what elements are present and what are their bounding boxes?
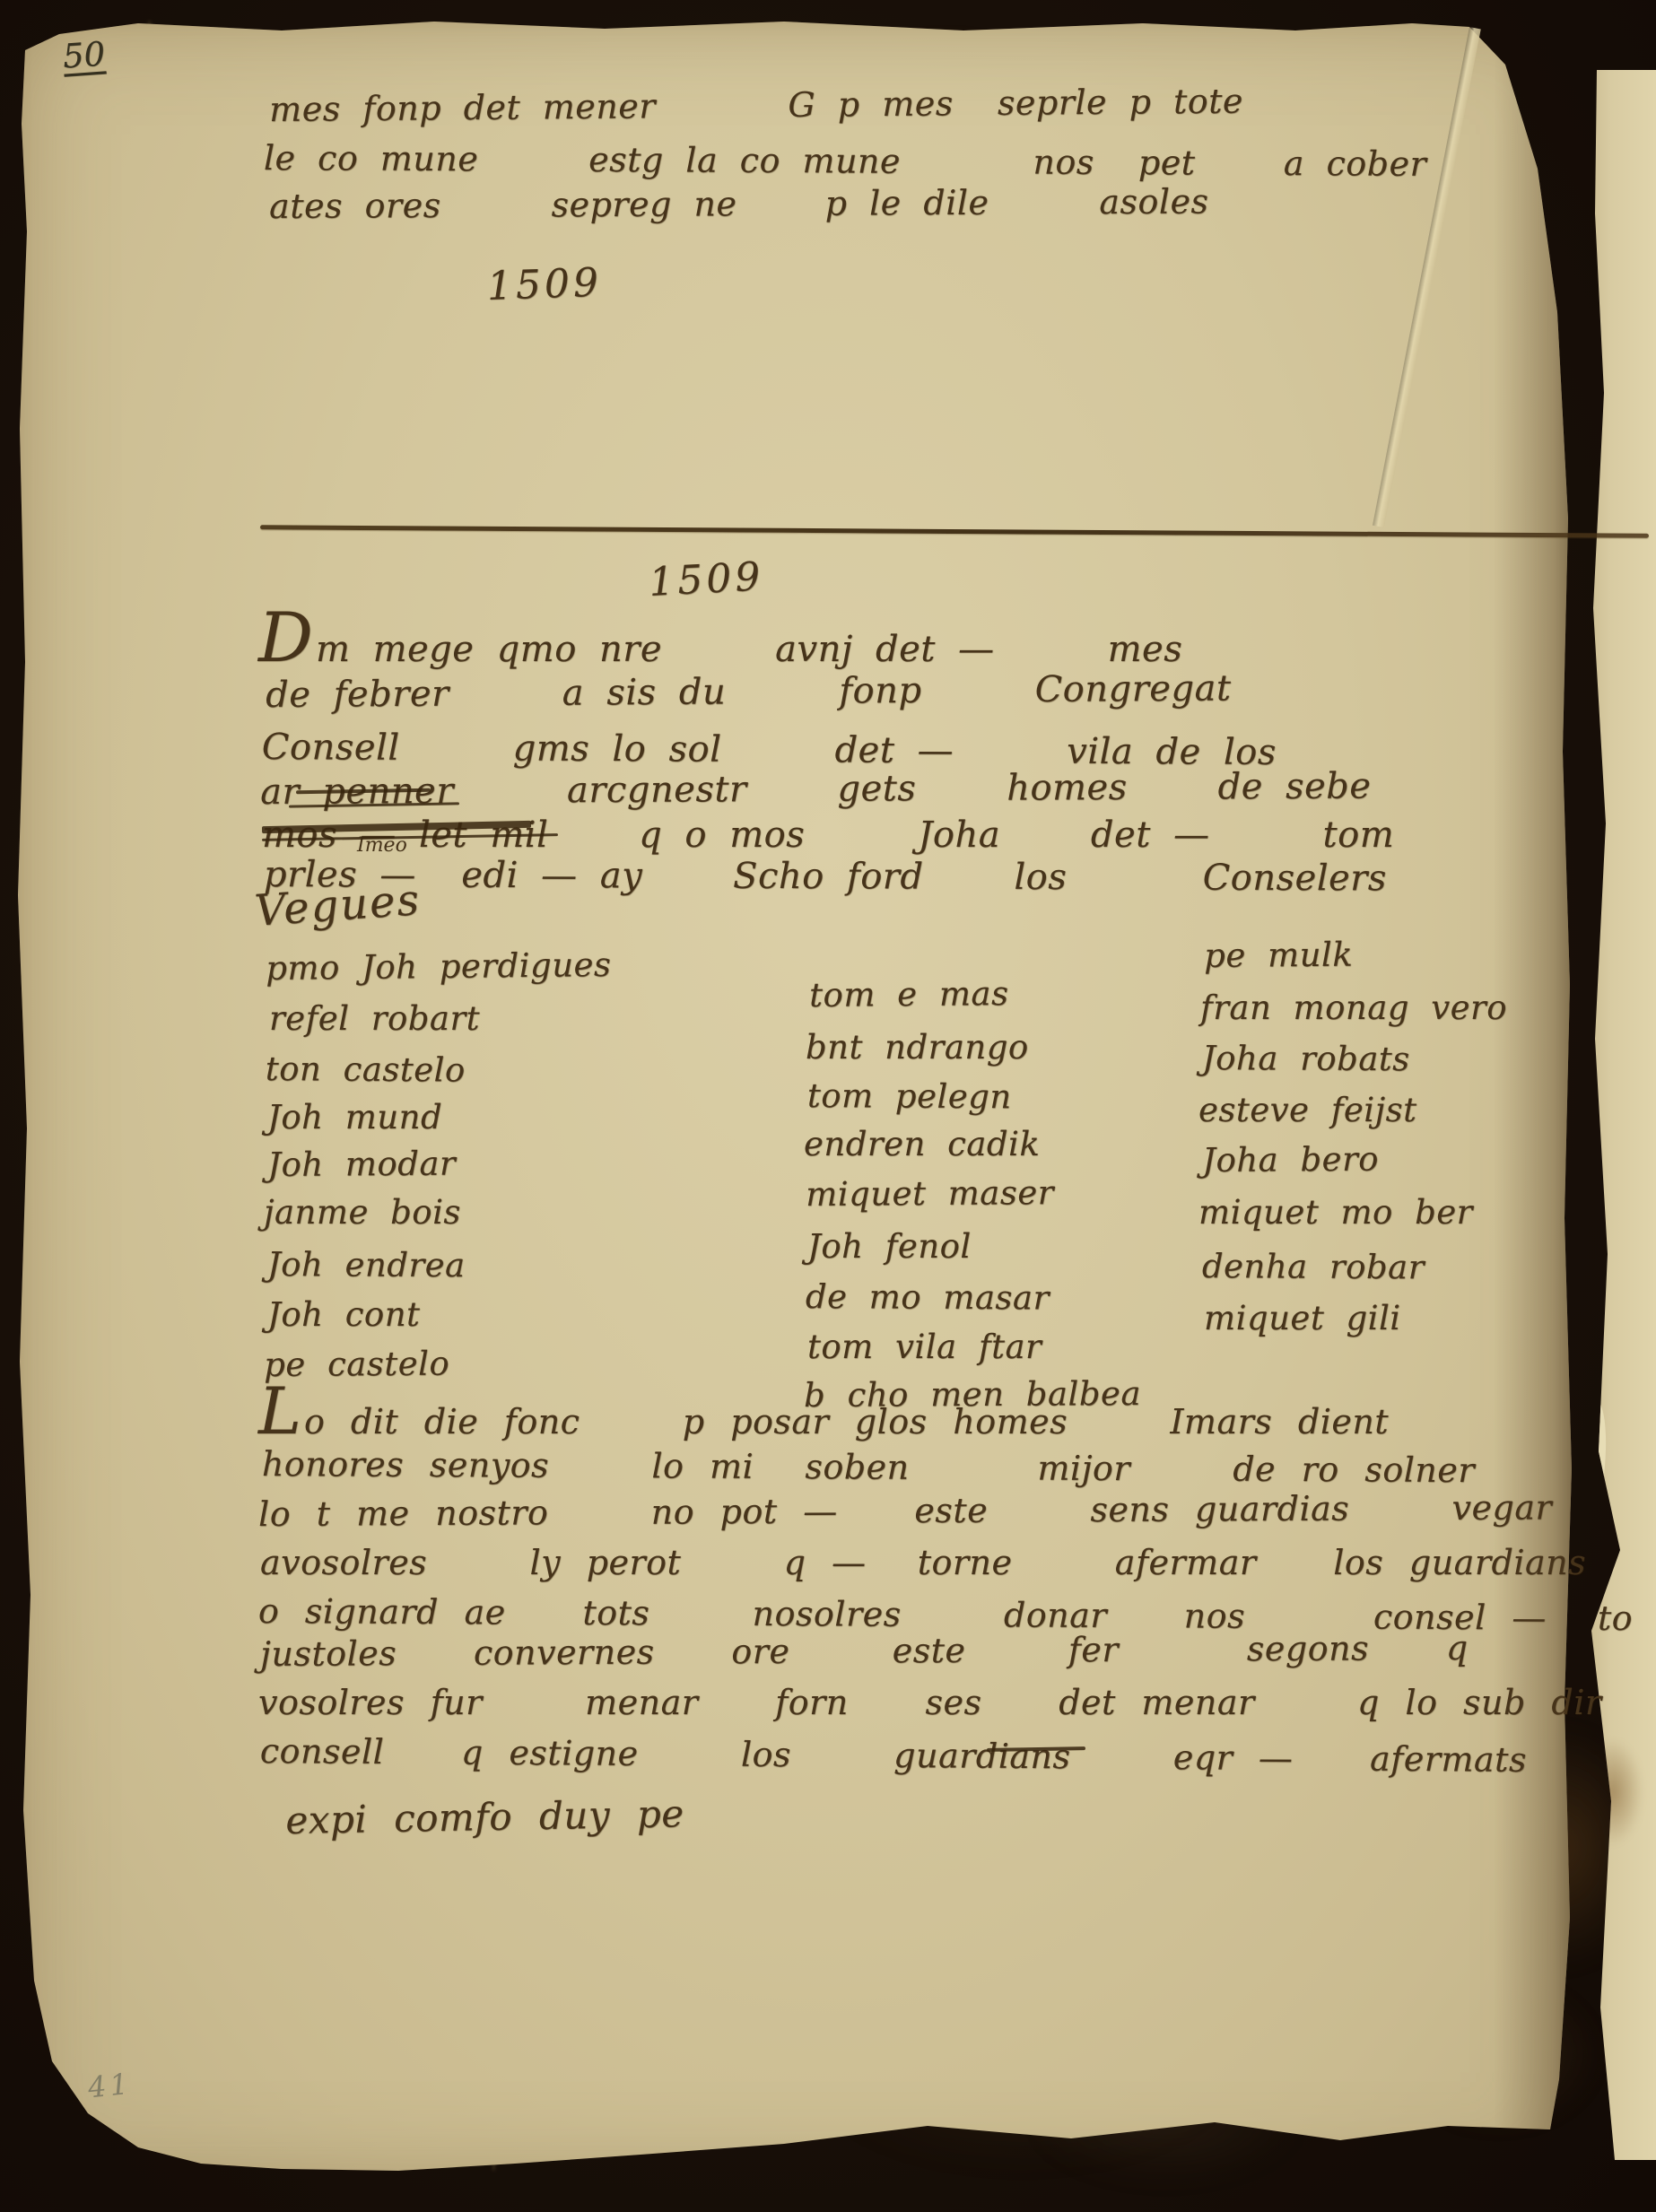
resolution-line-7: vosolres fur menar forn ses det menar q … — [258, 1683, 1602, 1722]
pencil-foliation-number: 41 — [86, 2067, 133, 2105]
adjacent-page-stain — [1581, 1738, 1643, 1846]
attendee-name: Joh fenol — [807, 1227, 972, 1266]
council-paragraph-line-1: Dm mege qmo nre avnj det — mes — [258, 614, 1182, 670]
resolution-line-1: Lo dit die fonc p posar glos homes Imars… — [258, 1389, 1389, 1441]
resolution-line-3: lo t me nostro no pot — este sens guardi… — [258, 1487, 1552, 1534]
attendee-name: refel robart — [269, 999, 480, 1038]
attendee-name: Joh modar — [267, 1145, 456, 1184]
attendee-name: miquet mo ber — [1198, 1193, 1473, 1232]
attendee-name: Joha bero — [1202, 1140, 1379, 1180]
adjacent-page-edge — [1573, 70, 1656, 2160]
attendee-name: tom vila ftar — [807, 1328, 1042, 1366]
attendee-name: tom e mas — [809, 974, 1009, 1015]
resolution-line-4: avosolres ly perot q — torne afermar los… — [260, 1543, 1586, 1582]
resolution-line-2: honores senyos lo mi soben mijor de ro s… — [262, 1444, 1475, 1490]
photograph-background: 50 41 mes fonp det mener G p mes seprle … — [0, 0, 1656, 2212]
attendee-name: Joha robats — [1202, 1039, 1410, 1078]
attendee-name: denha robar — [1202, 1247, 1425, 1286]
summary-line-2: le co mune estg la co mune nos pet a cob… — [264, 138, 1427, 184]
attendee-name: tom pelegn — [807, 1076, 1012, 1116]
attendee-name: miquet maser — [806, 1173, 1054, 1214]
attendee-name: endren cadik — [804, 1125, 1040, 1163]
attendee-name: Joh endrea — [267, 1245, 466, 1285]
resolution-line-6: justoles convernes ore este fer segons q — [260, 1628, 1469, 1674]
council-paragraph-line-2: de febrer a sis du fonp Congregat — [266, 667, 1232, 716]
attendee-name: Joh cont — [267, 1295, 420, 1334]
attendee-name: de mo masar — [806, 1277, 1050, 1317]
attendee-name: ton castelo — [266, 1049, 466, 1090]
attendee-name: miquet gili — [1204, 1299, 1401, 1337]
attendee-name: pmo Joh perdigues — [266, 945, 612, 988]
folio-number: 50 — [62, 34, 107, 75]
resolution-closing-formula: expi comfo duy pe — [285, 1791, 684, 1842]
year-section-heading: 1509 — [648, 553, 764, 605]
attendee-name: pe mulk — [1204, 936, 1353, 975]
year-heading: 1509 — [486, 260, 603, 309]
attendee-name: esteve feijst — [1198, 1091, 1416, 1129]
attendee-name: Joh mund — [267, 1098, 442, 1136]
attendee-name: bnt ndrango — [806, 1028, 1029, 1067]
attendee-name: fran monag vero — [1200, 988, 1507, 1027]
summary-line-3: ates ores sepreg ne p le dile asoles — [269, 182, 1209, 226]
attendee-name: janme bois — [264, 1193, 461, 1232]
council-paragraph-line-6: prles — edi — ay Scho ford los Conselers — [264, 854, 1387, 899]
